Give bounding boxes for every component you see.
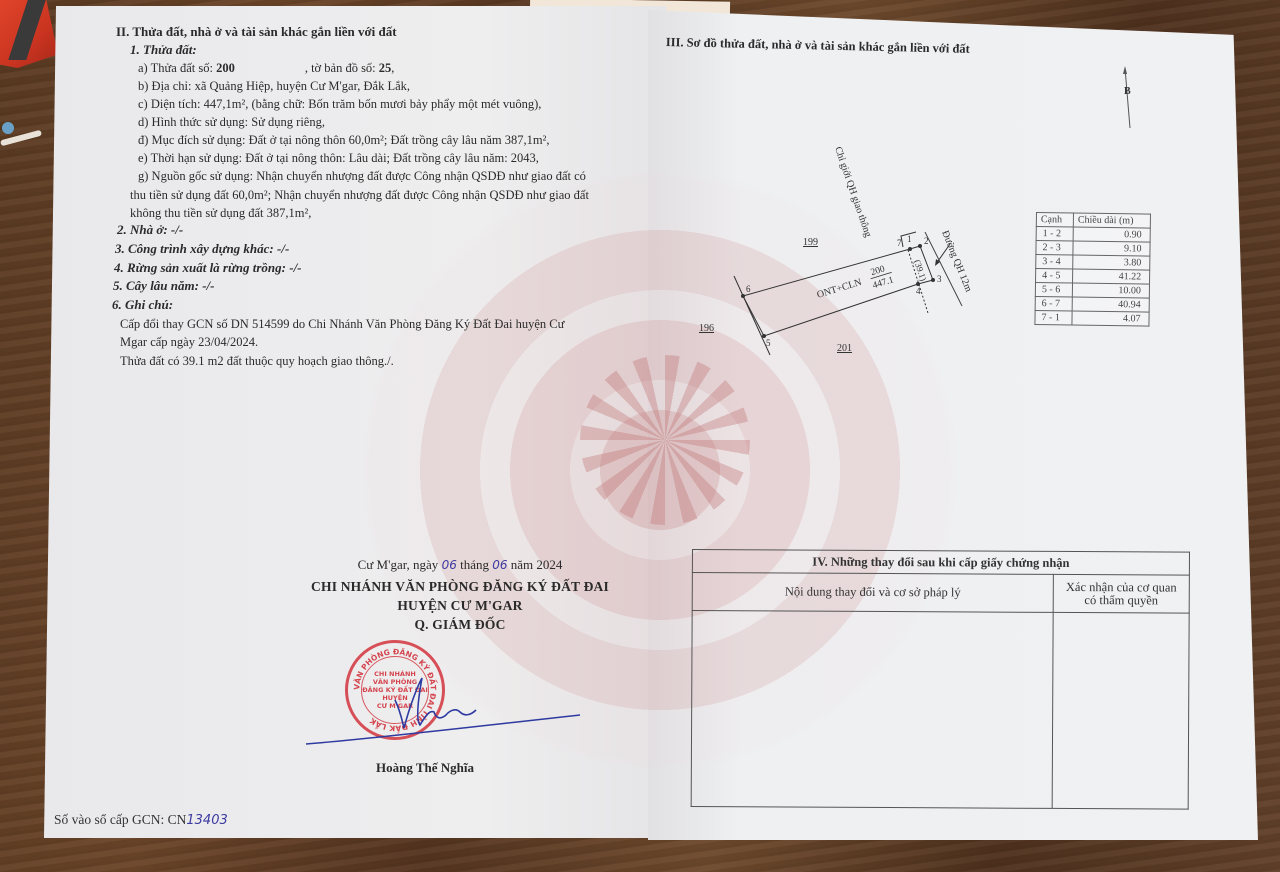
house-line: 2. Nhà ở: -/- bbox=[117, 222, 183, 238]
origin-line-1: g) Nguồn gốc sử dụng: Nhận chuyển nhượng… bbox=[138, 168, 586, 184]
edge-cell: 7 - 1 bbox=[1035, 310, 1072, 325]
issuing-office: CHI NHÁNH VĂN PHÒNG ĐĂNG KÝ ĐẤT ĐAI bbox=[300, 577, 620, 596]
address-line: b) Địa chỉ: xã Quảng Hiệp, huyện Cư M'ga… bbox=[138, 78, 410, 94]
svg-text:7: 7 bbox=[897, 238, 902, 248]
edge-cell: 3 - 4 bbox=[1036, 255, 1073, 270]
svg-text:3: 3 bbox=[937, 274, 942, 284]
notes-line-1: Cấp đổi thay GCN số DN 514599 do Chi Nhá… bbox=[120, 316, 564, 332]
registry-number-handwritten: 13403 bbox=[186, 813, 227, 828]
section-2-title: II. Thửa đất, nhà ở và tài sản khác gắn … bbox=[116, 24, 397, 40]
notes-line-3: Thửa đất có 39.1 m2 đất thuộc quy hoạch … bbox=[120, 353, 394, 369]
length-cell: 4.07 bbox=[1072, 311, 1149, 326]
usage-purpose-line: đ) Mục đích sử dụng: Đất ở tại nông thôn… bbox=[138, 132, 549, 148]
issue-date: Cư M'gar, ngày 06 tháng 06 năm 2024 bbox=[300, 556, 620, 574]
origin-line-3: không thu tiền sử dụng đất 387,1m², bbox=[130, 205, 311, 221]
edge-cell: 5 - 6 bbox=[1035, 283, 1072, 298]
edge-cell: 2 - 3 bbox=[1036, 241, 1073, 256]
issue-month: 06 bbox=[492, 558, 507, 572]
perennial-trees-line: 5. Cây lâu năm: -/- bbox=[113, 278, 214, 294]
notes-heading: 6. Ghi chú: bbox=[112, 297, 173, 313]
issuing-district: HUYỆN CƯ M'GAR bbox=[300, 596, 620, 615]
production-forest-line: 4. Rừng sản xuất là rừng trồng: -/- bbox=[114, 260, 302, 276]
signature-block: Cư M'gar, ngày 06 tháng 06 năm 2024 CHI … bbox=[300, 556, 620, 634]
edge-length-table: Cạnh Chiều dài (m) 1 - 20.902 - 39.103 -… bbox=[1034, 212, 1151, 327]
edge-cell: 4 - 5 bbox=[1036, 269, 1073, 284]
north-arrow-icon: B bbox=[1123, 66, 1131, 128]
length-cell: 0.90 bbox=[1073, 227, 1150, 242]
authority-confirmation-cell bbox=[1052, 612, 1189, 809]
handwritten-signature bbox=[300, 660, 590, 750]
changes-title: IV. Những thay đổi sau khi cấp giấy chứn… bbox=[692, 550, 1189, 576]
svg-text:196: 196 bbox=[699, 323, 714, 334]
parcel-number-line: a) Thửa đất số: 200, tờ bản đồ số: 25, bbox=[138, 60, 394, 76]
watermark-star bbox=[580, 355, 750, 525]
svg-text:201: 201 bbox=[837, 343, 852, 354]
edge-cell: 6 - 7 bbox=[1035, 296, 1072, 311]
signer-position: Q. GIÁM ĐỐC bbox=[300, 615, 620, 634]
cable-plug bbox=[2, 122, 14, 134]
length-cell: 3.80 bbox=[1073, 255, 1150, 270]
edge-column-header: Cạnh bbox=[1036, 213, 1073, 228]
svg-text:5: 5 bbox=[766, 338, 771, 348]
usage-term-line: e) Thời hạn sử dụng: Đất ở tại nông thôn… bbox=[138, 150, 539, 166]
svg-text:6: 6 bbox=[746, 284, 751, 294]
origin-line-2: thu tiền sử dụng đất 60,0m²; Nhận chuyển… bbox=[130, 187, 589, 203]
usage-form-line: d) Hình thức sử dụng: Sử dụng riêng, bbox=[138, 114, 325, 130]
signer-name: Hoàng Thế Nghĩa bbox=[376, 760, 474, 776]
length-cell: 10.00 bbox=[1072, 283, 1149, 298]
notes-line-2: Mgar cấp ngày 23/04/2024. bbox=[120, 334, 258, 350]
edge-table-row: 7 - 14.07 bbox=[1035, 310, 1149, 326]
edge-cell: 1 - 2 bbox=[1036, 227, 1073, 242]
registry-number: Số vào sổ cấp GCN: CN13403 bbox=[54, 812, 228, 829]
svg-text:199: 199 bbox=[803, 237, 818, 248]
length-column-header: Chiều dài (m) bbox=[1073, 213, 1150, 228]
length-cell: 9.10 bbox=[1073, 241, 1150, 256]
authority-confirmation-header: Xác nhận của cơ quan có thẩm quyền bbox=[1053, 574, 1189, 613]
change-content-header: Nội dung thay đổi và cơ sở pháp lý bbox=[692, 573, 1053, 613]
svg-text:2: 2 bbox=[924, 236, 929, 246]
svg-text:Đường QH 12m: Đường QH 12m bbox=[939, 229, 974, 294]
parcel-number: 200 bbox=[216, 61, 235, 75]
svg-text:ONT+CLN: ONT+CLN bbox=[816, 277, 863, 301]
svg-text:4: 4 bbox=[916, 286, 921, 296]
svg-text:Chỉ giới QH giao thông: Chỉ giới QH giao thông bbox=[832, 145, 873, 238]
length-cell: 41.22 bbox=[1073, 269, 1150, 284]
area-line: c) Diện tích: 447,1m², (bằng chữ: Bốn tr… bbox=[138, 96, 541, 112]
length-cell: 40.94 bbox=[1072, 297, 1149, 312]
issue-day: 06 bbox=[442, 558, 457, 572]
map-number: 25 bbox=[379, 61, 392, 75]
changes-after-issuance-table: IV. Những thay đổi sau khi cấp giấy chứn… bbox=[691, 549, 1190, 810]
other-construction-line: 3. Công trình xây dựng khác: -/- bbox=[115, 241, 289, 257]
svg-text:1: 1 bbox=[907, 234, 912, 244]
land-heading: 1. Thửa đất: bbox=[130, 42, 197, 58]
svg-text:B: B bbox=[1124, 86, 1131, 97]
change-content-cell bbox=[691, 611, 1053, 809]
